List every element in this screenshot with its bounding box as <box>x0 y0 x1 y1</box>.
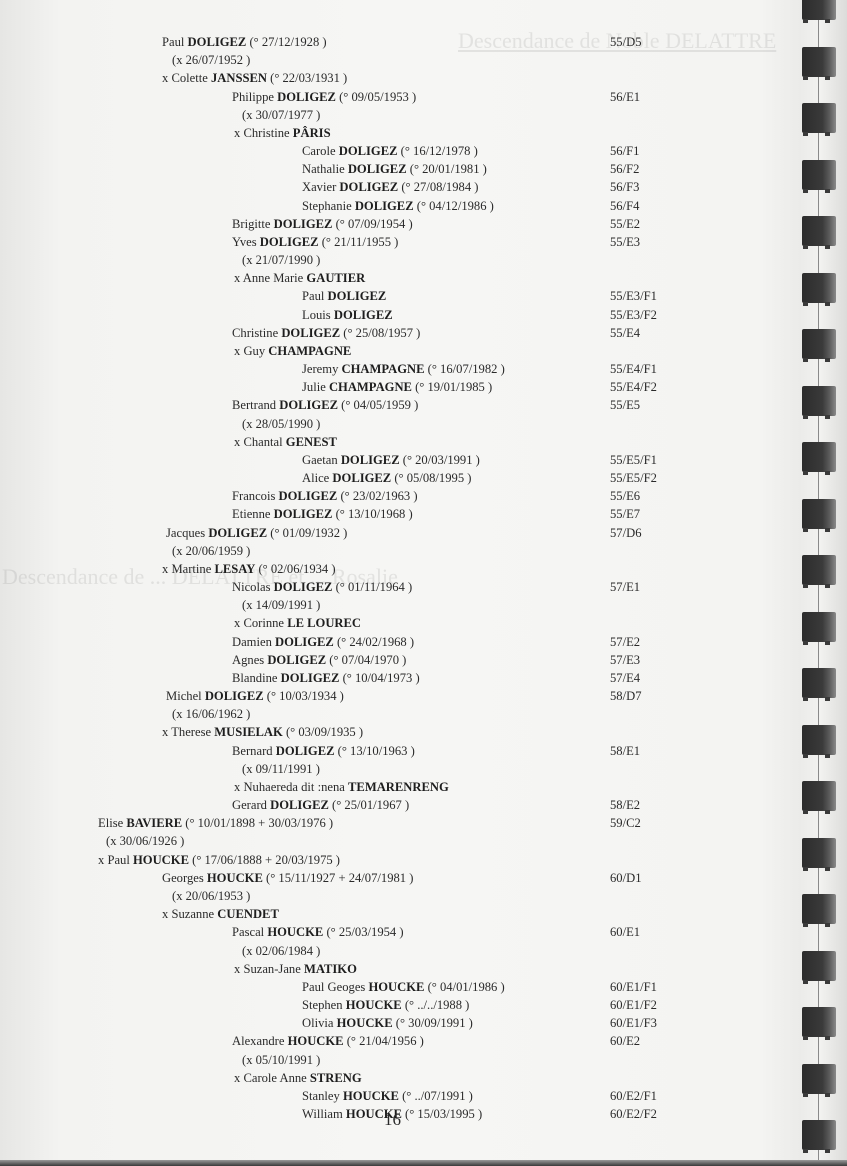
given-name: Michel <box>166 689 205 703</box>
spouse-marker: x <box>234 271 243 285</box>
surname: DOLIGEZ <box>274 217 333 231</box>
genealogy-entry: Blandine DOLIGEZ (° 10/04/1973 ) <box>232 669 420 687</box>
given-name: Anne Marie <box>243 271 307 285</box>
surname: DOLIGEZ <box>260 235 319 249</box>
genealogy-entry: (x 20/06/1959 ) <box>172 542 250 560</box>
given-name: Martine <box>171 562 214 576</box>
genealogy-entry: Jeremy CHAMPAGNE (° 16/07/1982 ) <box>302 360 505 378</box>
page-reference: 60/D1 <box>610 869 641 887</box>
page-reference: 60/E2 <box>610 1032 640 1050</box>
genealogy-entry: Georges HOUCKE (° 15/11/1927 + 24/07/198… <box>162 869 413 887</box>
genealogy-entry: Louis DOLIGEZ <box>302 306 393 324</box>
dates: (° 04/05/1959 ) <box>338 398 418 412</box>
genealogy-entry: Alexandre HOUCKE (° 21/04/1956 ) <box>232 1032 424 1050</box>
dates: (° 03/09/1935 ) <box>283 725 363 739</box>
genealogy-entry: Francois DOLIGEZ (° 23/02/1963 ) <box>232 487 418 505</box>
given-name: Nicolas <box>232 580 274 594</box>
given-name: (x 14/09/1991 ) <box>242 598 320 612</box>
given-name: Pascal <box>232 925 267 939</box>
binding-coil <box>802 612 836 642</box>
surname: DOLIGEZ <box>270 798 329 812</box>
dates: (° 15/03/1995 ) <box>402 1107 482 1121</box>
surname: LESAY <box>214 562 255 576</box>
given-name: Stephanie <box>302 199 355 213</box>
surname: DOLIGEZ <box>339 180 398 194</box>
given-name: Nuhaereda dit :nena <box>243 780 348 794</box>
given-name: Jeremy <box>302 362 342 376</box>
dates: (° 21/11/1955 ) <box>319 235 399 249</box>
genealogy-entry: Olivia HOUCKE (° 30/09/1991 ) <box>302 1014 473 1032</box>
genealogy-entry: x Colette JANSSEN (° 22/03/1931 ) <box>162 69 347 87</box>
surname: DOLIGEZ <box>281 671 340 685</box>
dates: (° ../../1988 ) <box>402 998 470 1012</box>
page-reference: 56/F4 <box>610 197 639 215</box>
surname: HOUCKE <box>267 925 323 939</box>
genealogy-entry: x Anne Marie GAUTIER <box>234 269 365 287</box>
binding-coil <box>802 47 836 77</box>
given-name: Alexandre <box>232 1034 288 1048</box>
genealogy-entry: x Guy CHAMPAGNE <box>234 342 351 360</box>
surname: PÂRIS <box>293 126 331 140</box>
dates: (° 21/04/1956 ) <box>344 1034 424 1048</box>
genealogy-entry: x Corinne LE LOUREC <box>234 614 361 632</box>
given-name: Gaetan <box>302 453 341 467</box>
surname: HOUCKE <box>346 998 402 1012</box>
dates: (° 02/06/1934 ) <box>255 562 335 576</box>
dates: (° 01/11/1964 ) <box>332 580 412 594</box>
dates: (° 07/04/1970 ) <box>326 653 406 667</box>
binding-coil <box>802 386 836 416</box>
binding-coil <box>802 894 836 924</box>
binding-coil <box>802 781 836 811</box>
binding-coil <box>802 329 836 359</box>
binding-coil <box>802 1007 836 1037</box>
genealogy-entry: Bertrand DOLIGEZ (° 04/05/1959 ) <box>232 396 418 414</box>
dates: (° 25/01/1967 ) <box>329 798 409 812</box>
given-name: Julie <box>302 380 329 394</box>
given-name: (x 28/05/1990 ) <box>242 417 320 431</box>
surname: LE LOUREC <box>287 616 361 630</box>
given-name: (x 02/06/1984 ) <box>242 944 320 958</box>
dates: (° 05/08/1995 ) <box>391 471 471 485</box>
given-name: Christine <box>232 326 281 340</box>
surname: CUENDET <box>217 907 279 921</box>
dates: (° 30/09/1991 ) <box>393 1016 473 1030</box>
genealogy-entry: x Chantal GENEST <box>234 433 337 451</box>
surname: CHAMPAGNE <box>268 344 351 358</box>
given-name: Suzanne <box>171 907 217 921</box>
genealogy-entry: (x 28/05/1990 ) <box>242 415 320 433</box>
page-reference: 56/F3 <box>610 178 639 196</box>
genealogy-entry: Philippe DOLIGEZ (° 09/05/1953 ) <box>232 88 416 106</box>
page-reference: 55/E4/F1 <box>610 360 657 378</box>
surname: DOLIGEZ <box>275 635 334 649</box>
binding-coil <box>802 499 836 529</box>
surname: DOLIGEZ <box>332 471 391 485</box>
genealogy-entry: Christine DOLIGEZ (° 25/08/1957 ) <box>232 324 420 342</box>
dates: (° 24/02/1968 ) <box>334 635 414 649</box>
dates: (° 04/01/1986 ) <box>424 980 504 994</box>
genealogy-entry: Stephen HOUCKE (° ../../1988 ) <box>302 996 469 1014</box>
given-name: Guy <box>243 344 268 358</box>
binding-coil <box>802 216 836 246</box>
surname: CHAMPAGNE <box>329 380 412 394</box>
binding-coil <box>802 160 836 190</box>
genealogy-entry: x Suzan-Jane MATIKO <box>234 960 357 978</box>
genealogy-entry: (x 21/07/1990 ) <box>242 251 320 269</box>
genealogy-entry: Bernard DOLIGEZ (° 13/10/1963 ) <box>232 742 415 760</box>
genealogy-entry: Pascal HOUCKE (° 25/03/1954 ) <box>232 923 404 941</box>
surname: DOLIGEZ <box>274 507 333 521</box>
given-name: Damien <box>232 635 275 649</box>
given-name: Corinne <box>243 616 287 630</box>
given-name: Suzan-Jane <box>243 962 304 976</box>
genealogy-entry: x Nuhaereda dit :nena TEMARENRENG <box>234 778 449 796</box>
given-name: Georges <box>162 871 207 885</box>
surname: HOUCKE <box>368 980 424 994</box>
page-reference: 56/F1 <box>610 142 639 160</box>
dates: (° 19/01/1985 ) <box>412 380 492 394</box>
given-name: Elise <box>98 816 126 830</box>
page-reference: 60/E1/F3 <box>610 1014 657 1032</box>
page-reference: 60/E2/F2 <box>610 1105 657 1123</box>
page-reference: 55/E6 <box>610 487 640 505</box>
given-name: Etienne <box>232 507 274 521</box>
spouse-marker: x <box>162 725 171 739</box>
surname: DOLIGEZ <box>328 289 387 303</box>
genealogy-entry: Jacques DOLIGEZ (° 01/09/1932 ) <box>166 524 347 542</box>
genealogy-entry: Nathalie DOLIGEZ (° 20/01/1981 ) <box>302 160 487 178</box>
dates: (° 20/03/1991 ) <box>400 453 480 467</box>
binding-coil <box>802 838 836 868</box>
given-name: Therese <box>171 725 214 739</box>
surname: DOLIGEZ <box>188 35 247 49</box>
page-reference: 55/E3/F2 <box>610 306 657 324</box>
page-reference: 58/D7 <box>610 687 641 705</box>
given-name: (x 09/11/1991 ) <box>242 762 320 776</box>
page-reference: 55/E2 <box>610 215 640 233</box>
page-number: 16 <box>384 1110 401 1130</box>
surname: DOLIGEZ <box>341 453 400 467</box>
genealogy-entry: Yves DOLIGEZ (° 21/11/1955 ) <box>232 233 398 251</box>
dates: (° 27/08/1984 ) <box>398 180 478 194</box>
page-reference: 57/E1 <box>610 578 640 596</box>
given-name: Christine <box>243 126 292 140</box>
given-name: Carole <box>302 144 339 158</box>
given-name: Paul <box>162 35 188 49</box>
given-name: Jacques <box>166 526 208 540</box>
dates: (° 16/12/1978 ) <box>398 144 478 158</box>
genealogy-entry: x Therese MUSIELAK (° 03/09/1935 ) <box>162 723 363 741</box>
document-page: Descendance de Noble DELATTRE Descendanc… <box>0 0 847 1166</box>
surname: TEMARENRENG <box>348 780 449 794</box>
surname: HOUCKE <box>133 853 189 867</box>
given-name: Paul Geoges <box>302 980 368 994</box>
binding-coil <box>802 0 836 20</box>
surname: GENEST <box>286 435 337 449</box>
genealogy-entry: Elise BAVIERE (° 10/01/1898 + 30/03/1976… <box>98 814 333 832</box>
surname: HOUCKE <box>288 1034 344 1048</box>
surname: DOLIGEZ <box>281 326 340 340</box>
dates: (° 04/12/1986 ) <box>414 199 494 213</box>
genealogy-entry: Nicolas DOLIGEZ (° 01/11/1964 ) <box>232 578 412 596</box>
genealogy-entry: Carole DOLIGEZ (° 16/12/1978 ) <box>302 142 478 160</box>
page-reference: 58/E1 <box>610 742 640 760</box>
page-reference: 58/E2 <box>610 796 640 814</box>
genealogy-entry: Paul DOLIGEZ <box>302 287 386 305</box>
surname: HOUCKE <box>337 1016 393 1030</box>
genealogy-entry: Alice DOLIGEZ (° 05/08/1995 ) <box>302 469 471 487</box>
surname: HOUCKE <box>343 1089 399 1103</box>
given-name: Colette <box>171 71 211 85</box>
page-reference: 60/E1 <box>610 923 640 941</box>
binding-coil <box>802 1120 836 1150</box>
page-reference: 57/E4 <box>610 669 640 687</box>
given-name: Carole Anne <box>243 1071 309 1085</box>
surname: DOLIGEZ <box>267 653 326 667</box>
surname: MUSIELAK <box>214 725 283 739</box>
genealogy-entry: Paul Geoges HOUCKE (° 04/01/1986 ) <box>302 978 505 996</box>
dates: (° 22/03/1931 ) <box>267 71 347 85</box>
binding-coil <box>802 103 836 133</box>
surname: DOLIGEZ <box>208 526 267 540</box>
page-reference: 57/E3 <box>610 651 640 669</box>
binding-coil <box>802 442 836 472</box>
surname: GAUTIER <box>306 271 365 285</box>
dates: (° ../07/1991 ) <box>399 1089 473 1103</box>
given-name: (x 26/07/1952 ) <box>172 53 250 67</box>
given-name: Olivia <box>302 1016 337 1030</box>
dates: (° 13/10/1963 ) <box>335 744 415 758</box>
given-name: Agnes <box>232 653 267 667</box>
dates: (° 25/03/1954 ) <box>323 925 403 939</box>
genealogy-entry: (x 30/07/1977 ) <box>242 106 320 124</box>
surname: HOUCKE <box>207 871 263 885</box>
surname: DOLIGEZ <box>279 489 338 503</box>
dates: (° 07/09/1954 ) <box>332 217 412 231</box>
genealogy-entry: Paul DOLIGEZ (° 27/12/1928 ) <box>162 33 327 51</box>
page-reference: 60/E2/F1 <box>610 1087 657 1105</box>
binding-coil <box>802 555 836 585</box>
given-name: (x 20/06/1953 ) <box>172 889 250 903</box>
genealogy-entry: (x 26/07/1952 ) <box>172 51 250 69</box>
given-name: (x 20/06/1959 ) <box>172 544 250 558</box>
genealogy-entry: Etienne DOLIGEZ (° 13/10/1968 ) <box>232 505 413 523</box>
surname: DOLIGEZ <box>205 689 264 703</box>
given-name: Paul <box>302 289 328 303</box>
given-name: (x 05/10/1991 ) <box>242 1053 320 1067</box>
genealogy-entry: Gaetan DOLIGEZ (° 20/03/1991 ) <box>302 451 480 469</box>
dates: (° 15/11/1927 + 24/07/1981 ) <box>263 871 414 885</box>
genealogy-entry: x Suzanne CUENDET <box>162 905 279 923</box>
given-name: Bernard <box>232 744 276 758</box>
genealogy-entry: Brigitte DOLIGEZ (° 07/09/1954 ) <box>232 215 413 233</box>
binding-coil <box>802 725 836 755</box>
surname: DOLIGEZ <box>279 398 338 412</box>
given-name: (x 30/07/1977 ) <box>242 108 320 122</box>
genealogy-entry: (x 05/10/1991 ) <box>242 1051 320 1069</box>
dates: (° 20/01/1981 ) <box>407 162 487 176</box>
given-name: Nathalie <box>302 162 348 176</box>
given-name: Bertrand <box>232 398 279 412</box>
page-reference: 57/E2 <box>610 633 640 651</box>
dates: (° 17/06/1888 + 20/03/1975 ) <box>189 853 340 867</box>
surname: BAVIERE <box>126 816 182 830</box>
surname: CHAMPAGNE <box>342 362 425 376</box>
page-reference: 55/E5/F2 <box>610 469 657 487</box>
given-name: Stephen <box>302 998 346 1012</box>
page-reference: 57/D6 <box>610 524 641 542</box>
given-name: (x 16/06/1962 ) <box>172 707 250 721</box>
surname: DOLIGEZ <box>276 744 335 758</box>
genealogy-entry: x Martine LESAY (° 02/06/1934 ) <box>162 560 336 578</box>
binding-coil <box>802 668 836 698</box>
dates: (° 25/08/1957 ) <box>340 326 420 340</box>
given-name: William <box>302 1107 346 1121</box>
page-reference: 55/E5/F1 <box>610 451 657 469</box>
genealogy-entry: (x 30/06/1926 ) <box>106 832 184 850</box>
surname: DOLIGEZ <box>348 162 407 176</box>
dates: (° 09/05/1953 ) <box>336 90 416 104</box>
genealogy-entry: x Paul HOUCKE (° 17/06/1888 + 20/03/1975… <box>98 851 340 869</box>
given-name: Yves <box>232 235 260 249</box>
given-name: Alice <box>302 471 332 485</box>
surname: DOLIGEZ <box>277 90 336 104</box>
given-name: (x 21/07/1990 ) <box>242 253 320 267</box>
surname: DOLIGEZ <box>355 199 414 213</box>
surname: JANSSEN <box>211 71 267 85</box>
page-reference: 56/F2 <box>610 160 639 178</box>
dates: (° 23/02/1963 ) <box>337 489 417 503</box>
page-reference: 60/E1/F2 <box>610 996 657 1014</box>
dates: (° 13/10/1968 ) <box>332 507 412 521</box>
surname: DOLIGEZ <box>334 308 393 322</box>
dates: (° 01/09/1932 ) <box>267 526 347 540</box>
binding-coil <box>802 951 836 981</box>
page-reference: 55/D5 <box>610 33 641 51</box>
page-reference: 60/E1/F1 <box>610 978 657 996</box>
given-name: Philippe <box>232 90 277 104</box>
page-bottom-edge <box>0 1160 847 1166</box>
binding-coil <box>802 273 836 303</box>
genealogy-entry: Michel DOLIGEZ (° 10/03/1934 ) <box>166 687 344 705</box>
surname: MATIKO <box>304 962 357 976</box>
genealogy-entry: Julie CHAMPAGNE (° 19/01/1985 ) <box>302 378 492 396</box>
given-name: Gerard <box>232 798 270 812</box>
genealogy-entry: Stanley HOUCKE (° ../07/1991 ) <box>302 1087 473 1105</box>
genealogy-entry: Xavier DOLIGEZ (° 27/08/1984 ) <box>302 178 478 196</box>
page-reference: 55/E5 <box>610 396 640 414</box>
page-reference: 59/C2 <box>610 814 641 832</box>
page-reference: 55/E7 <box>610 505 640 523</box>
genealogy-entry: Stephanie DOLIGEZ (° 04/12/1986 ) <box>302 197 494 215</box>
dates: (° 16/07/1982 ) <box>425 362 505 376</box>
page-reference: 55/E4/F2 <box>610 378 657 396</box>
dates: (° 27/12/1928 ) <box>246 35 326 49</box>
genealogy-entry: (x 09/11/1991 ) <box>242 760 320 778</box>
page-reference: 55/E3/F1 <box>610 287 657 305</box>
genealogy-entry: (x 14/09/1991 ) <box>242 596 320 614</box>
given-name: Brigitte <box>232 217 274 231</box>
given-name: Francois <box>232 489 279 503</box>
surname: STRENG <box>310 1071 362 1085</box>
given-name: Louis <box>302 308 334 322</box>
genealogy-entry: (x 20/06/1953 ) <box>172 887 250 905</box>
given-name: Xavier <box>302 180 339 194</box>
dates: (° 10/03/1934 ) <box>264 689 344 703</box>
given-name: Stanley <box>302 1089 343 1103</box>
binding-coil <box>802 1064 836 1094</box>
dates: (° 10/04/1973 ) <box>339 671 419 685</box>
given-name: Blandine <box>232 671 281 685</box>
page-reference: 56/E1 <box>610 88 640 106</box>
genealogy-entry: Gerard DOLIGEZ (° 25/01/1967 ) <box>232 796 409 814</box>
genealogy-entry: (x 16/06/1962 ) <box>172 705 250 723</box>
given-name: Chantal <box>243 435 285 449</box>
genealogy-entry: x Carole Anne STRENG <box>234 1069 362 1087</box>
given-name: Paul <box>107 853 133 867</box>
surname: DOLIGEZ <box>339 144 398 158</box>
genealogy-entry: x Christine PÂRIS <box>234 124 331 142</box>
given-name: (x 30/06/1926 ) <box>106 834 184 848</box>
dates: (° 10/01/1898 + 30/03/1976 ) <box>182 816 333 830</box>
genealogy-entry: (x 02/06/1984 ) <box>242 942 320 960</box>
surname: DOLIGEZ <box>274 580 333 594</box>
page-reference: 55/E4 <box>610 324 640 342</box>
page-reference: 55/E3 <box>610 233 640 251</box>
genealogy-entry: Agnes DOLIGEZ (° 07/04/1970 ) <box>232 651 406 669</box>
genealogy-entry: Damien DOLIGEZ (° 24/02/1968 ) <box>232 633 414 651</box>
